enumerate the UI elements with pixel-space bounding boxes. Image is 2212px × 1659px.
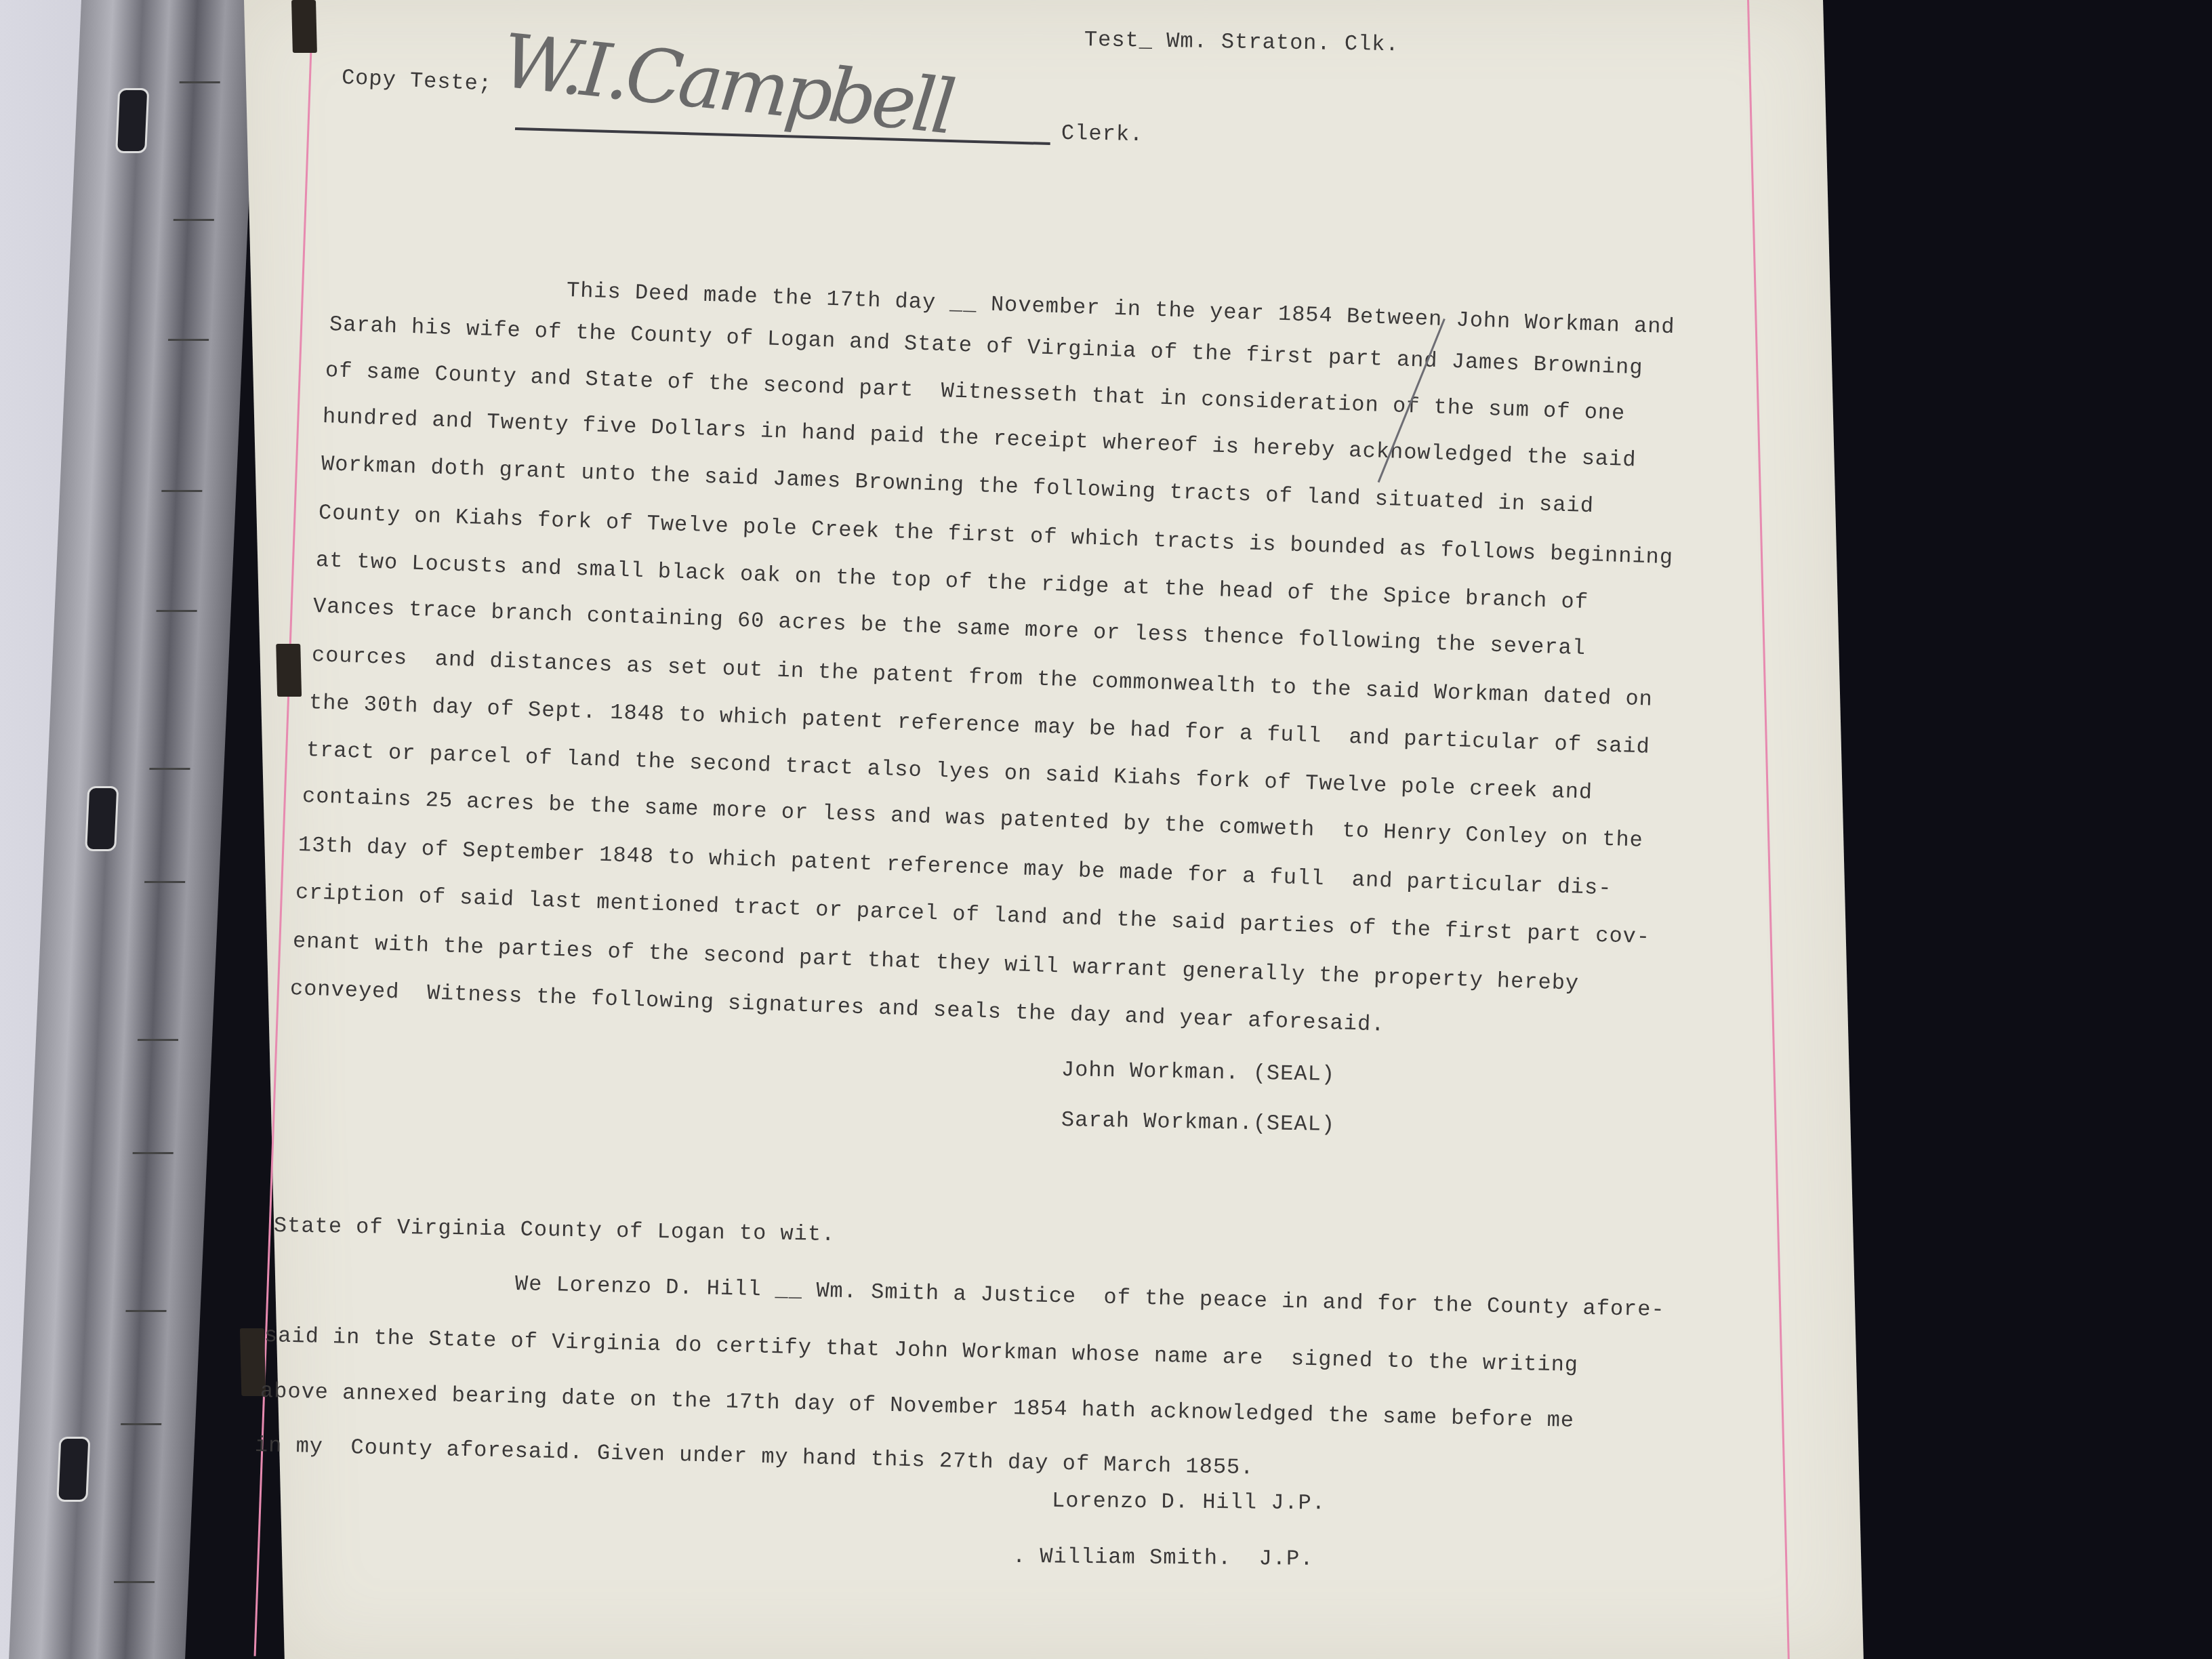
hinge-knuckle [149, 610, 197, 770]
signature-william-smith: . William Smith. J.P. [1012, 1544, 1314, 1572]
right-margin-rule [1747, 0, 1790, 1659]
hinge-knuckle [173, 81, 220, 221]
hinge-knuckle [161, 339, 209, 492]
page-tab-marker [276, 644, 302, 697]
binder-hole [85, 786, 119, 851]
test-clerk-line: Test_ Wm. Straton. Clk. [1084, 27, 1399, 57]
hinge-knuckle [114, 1423, 161, 1583]
page-tab-marker [291, 0, 317, 53]
signature-lorenzo-hill: Lorenzo D. Hill J.P. [1052, 1488, 1326, 1516]
dark-background [1816, 0, 2212, 1659]
binder-hole [115, 88, 149, 153]
left-margin-rule [254, 0, 314, 1656]
clerk-label: Clerk. [1061, 121, 1144, 147]
hinge-knuckle [138, 881, 185, 1041]
signature-sarah-workman: Sarah Workman.(SEAL) [1061, 1107, 1336, 1137]
binder-hole [56, 1437, 90, 1502]
hinge-knuckle [125, 1152, 173, 1312]
signature-john-workman: John Workman. (SEAL) [1061, 1057, 1336, 1087]
